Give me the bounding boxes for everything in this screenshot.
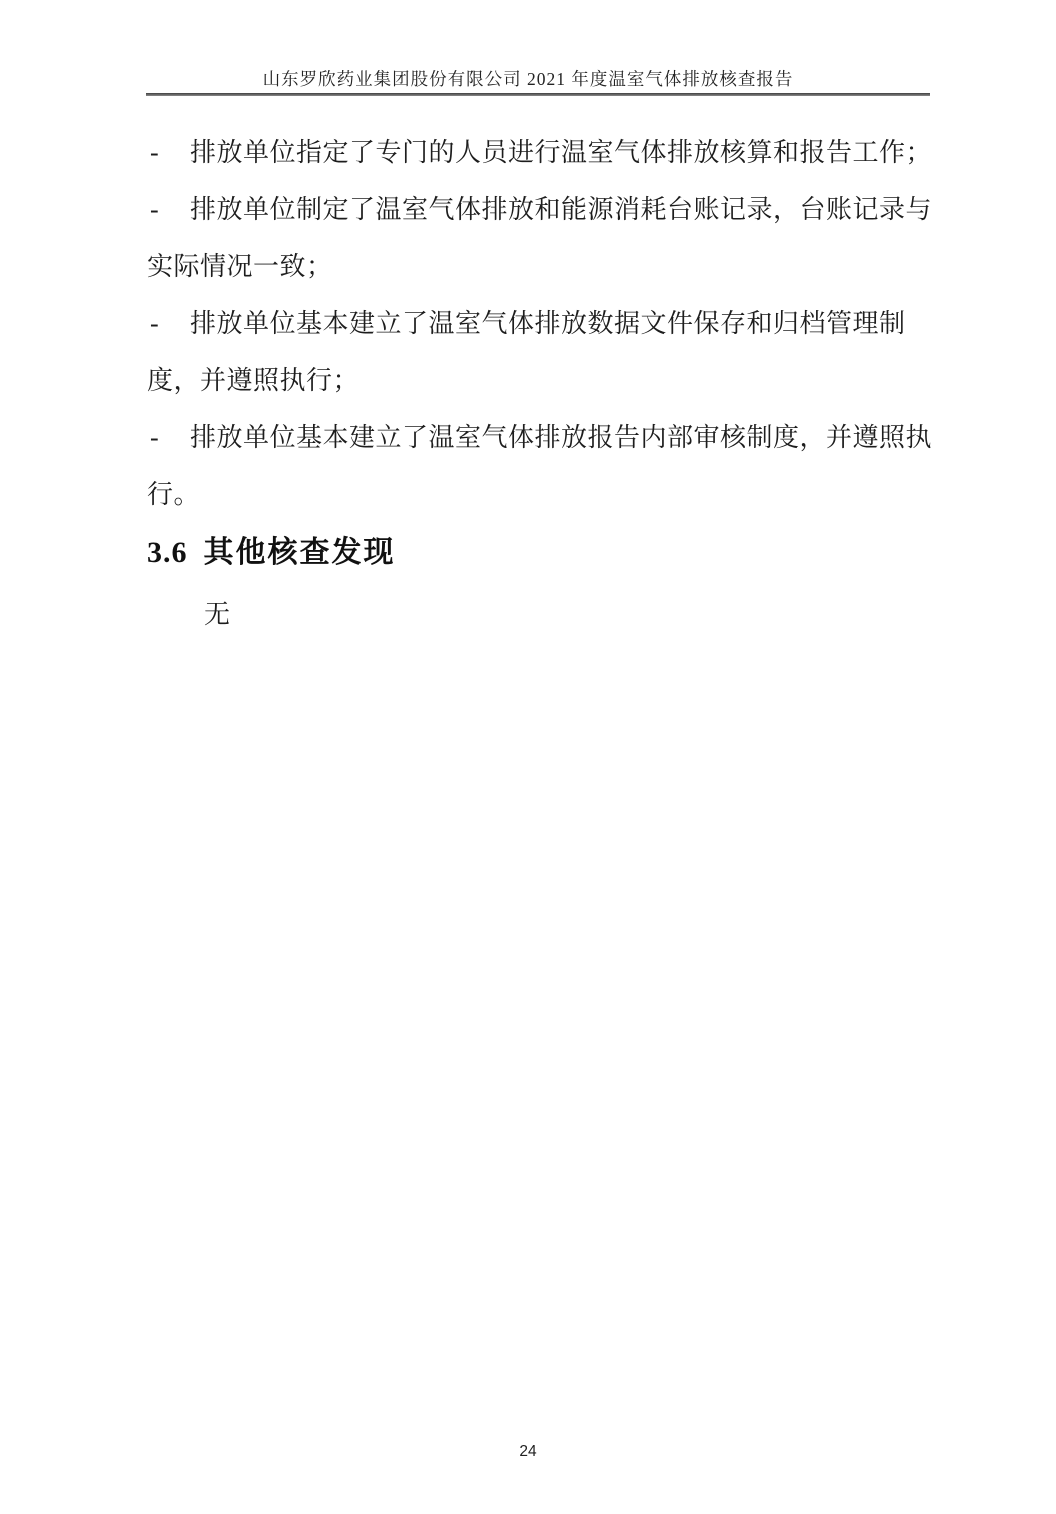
document-page: 山东罗欣药业集团股份有限公司 2021 年度温室气体排放核查报告 -排放单位指定… (0, 0, 1056, 1514)
list-item-text: 度，并遵照执行； (147, 366, 359, 395)
list-item-continuation: 行。 (147, 466, 947, 523)
list-item-text: 排放单位基本建立了温室气体排放数据文件保存和归档管理制 (190, 309, 906, 338)
list-item-continuation: 实际情况一致； (147, 238, 947, 295)
list-item-continuation: 度，并遵照执行； (147, 352, 947, 409)
list-item-line: -排放单位制定了温室气体排放和能源消耗台账记录，台账记录与 (147, 181, 947, 238)
dash-marker: - (147, 124, 190, 181)
list-item-text: 实际情况一致； (147, 252, 333, 281)
dash-marker: - (147, 181, 190, 238)
section-heading-number: 3.6 (147, 531, 188, 575)
section-heading-text: 其他核查发现 (204, 536, 396, 569)
page-header-title: 山东罗欣药业集团股份有限公司 2021 年度温室气体排放核查报告 (0, 66, 1056, 92)
list-item-text: 行。 (147, 480, 200, 509)
document-body: -排放单位指定了专门的人员进行温室气体排放核算和报告工作； -排放单位制定了温室… (147, 124, 947, 523)
list-item-line: -排放单位基本建立了温室气体排放数据文件保存和归档管理制 (147, 295, 947, 352)
section-content: 无 (147, 592, 230, 638)
dash-marker: - (147, 409, 190, 466)
section-heading: 3.6其他核查发现 (147, 531, 396, 575)
list-item-line: -排放单位指定了专门的人员进行温室气体排放核算和报告工作； (147, 124, 947, 181)
page-number: 24 (0, 1441, 1056, 1463)
list-item-line: -排放单位基本建立了温室气体排放报告内部审核制度，并遵照执 (147, 409, 947, 466)
list-item-text: 排放单位制定了温室气体排放和能源消耗台账记录，台账记录与 (190, 195, 932, 224)
list-item-text: 排放单位基本建立了温室气体排放报告内部审核制度，并遵照执 (190, 423, 932, 452)
header-rule (146, 93, 930, 96)
list-item-text: 排放单位指定了专门的人员进行温室气体排放核算和报告工作； (190, 138, 932, 167)
dash-marker: - (147, 295, 190, 352)
